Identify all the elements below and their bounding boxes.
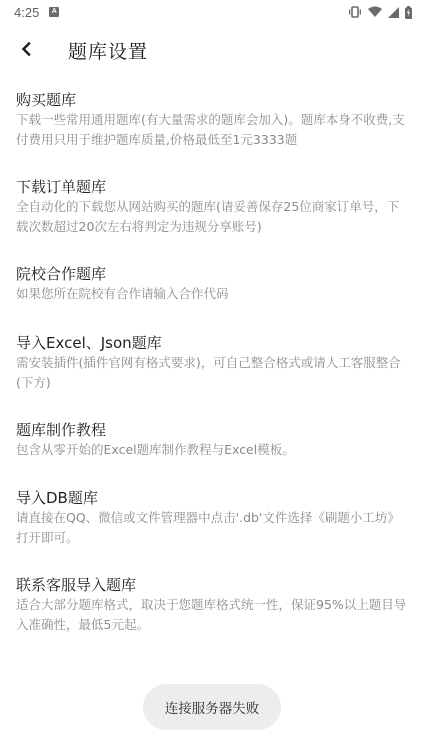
vibrate-icon	[348, 6, 362, 18]
setting-title: 购买题库	[16, 90, 408, 110]
status-time: 4:25	[14, 5, 39, 20]
signal-icon	[388, 7, 399, 18]
setting-desc: 适合大部分题库格式，取决于您题库格式统一性，保证95%以上题目导入准确性，最低5…	[16, 595, 408, 634]
setting-title: 下载订单题库	[16, 177, 408, 197]
battery-charging-icon	[405, 6, 412, 19]
setting-item-download-order-bank[interactable]: 下载订单题库 全自动化的下载您从网站购买的题库(请妥善保存25位商家订单号，下载…	[0, 177, 424, 236]
setting-title: 导入Excel、Json题库	[16, 333, 408, 353]
status-left: 4:25 A	[14, 5, 59, 20]
status-right	[348, 6, 412, 19]
setting-title: 题库制作教程	[16, 420, 408, 440]
setting-desc: 需安装插件(插件官网有格式要求)，可自己整合格式或请人工客服整合(下方)	[16, 353, 408, 392]
toast-message: 连接服务器失败	[143, 684, 281, 730]
setting-title: 导入DB题库	[16, 488, 408, 508]
status-bar: 4:25 A	[0, 0, 424, 24]
back-button[interactable]	[0, 24, 52, 76]
setting-title: 院校合作题库	[16, 264, 408, 284]
notification-app-icon: A	[49, 7, 59, 17]
setting-desc: 请直接在QQ、微信或文件管理器中点击'.db'文件选择《刷题小工坊》打开即可。	[16, 508, 408, 547]
chevron-left-icon	[21, 41, 31, 60]
setting-item-import-db[interactable]: 导入DB题库 请直接在QQ、微信或文件管理器中点击'.db'文件选择《刷题小工坊…	[0, 488, 424, 547]
page-title: 题库设置	[68, 37, 148, 64]
wifi-icon	[368, 6, 382, 18]
setting-desc: 包含从零开始的Excel题库制作教程与Excel模板。	[16, 440, 408, 460]
app-bar: 题库设置	[0, 24, 424, 76]
setting-item-import-excel-json[interactable]: 导入Excel、Json题库 需安装插件(插件官网有格式要求)，可自己整合格式或…	[0, 333, 424, 392]
setting-item-school-cooperation-bank[interactable]: 院校合作题库 如果您所在院校有合作请输入合作代码	[0, 264, 424, 304]
setting-desc: 下载一些常用通用题库(有大量需求的题库会加入)。题库本身不收费,支付费用只用于维…	[16, 110, 408, 149]
setting-item-bank-tutorial[interactable]: 题库制作教程 包含从零开始的Excel题库制作教程与Excel模板。	[0, 420, 424, 460]
setting-desc: 全自动化的下载您从网站购买的题库(请妥善保存25位商家订单号，下载次数超过20次…	[16, 197, 408, 236]
setting-title: 联系客服导入题库	[16, 575, 408, 595]
setting-desc: 如果您所在院校有合作请输入合作代码	[16, 284, 408, 304]
setting-item-buy-question-bank[interactable]: 购买题库 下载一些常用通用题库(有大量需求的题库会加入)。题库本身不收费,支付费…	[0, 90, 424, 149]
setting-item-contact-support-import[interactable]: 联系客服导入题库 适合大部分题库格式，取决于您题库格式统一性，保证95%以上题目…	[0, 575, 424, 634]
